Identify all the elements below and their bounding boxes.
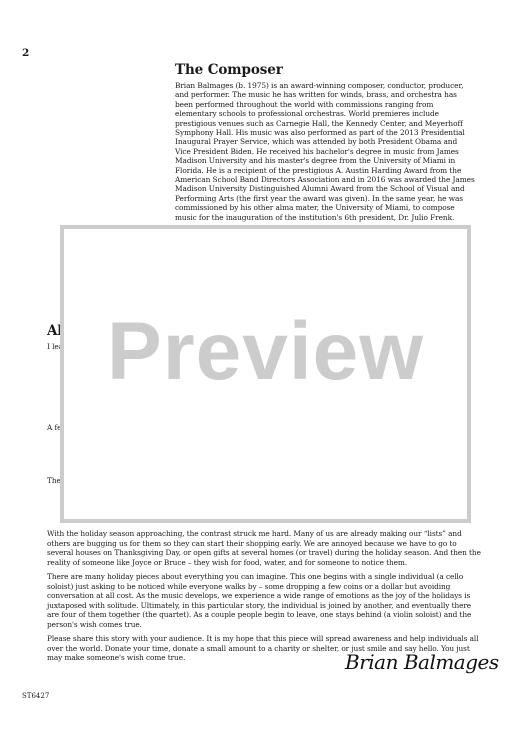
composer-signature: Brian Balmages	[345, 650, 499, 674]
about-paragraph-pieces: There are many holiday pieces about ever…	[47, 572, 483, 629]
about-paragraph-holiday: With the holiday season approaching, the…	[47, 529, 483, 567]
preview-watermark-text: Preview	[64, 311, 467, 393]
composer-bio-paragraph: Brian Balmages (b. 1975) is an award-win…	[175, 81, 475, 222]
preview-watermark-overlay: Preview	[60, 225, 471, 523]
catalog-code: ST6427	[22, 692, 49, 700]
composer-section: The Composer Brian Balmages (b. 1975) is…	[175, 62, 475, 251]
composer-heading: The Composer	[175, 62, 475, 78]
page-number: 2	[22, 47, 29, 59]
